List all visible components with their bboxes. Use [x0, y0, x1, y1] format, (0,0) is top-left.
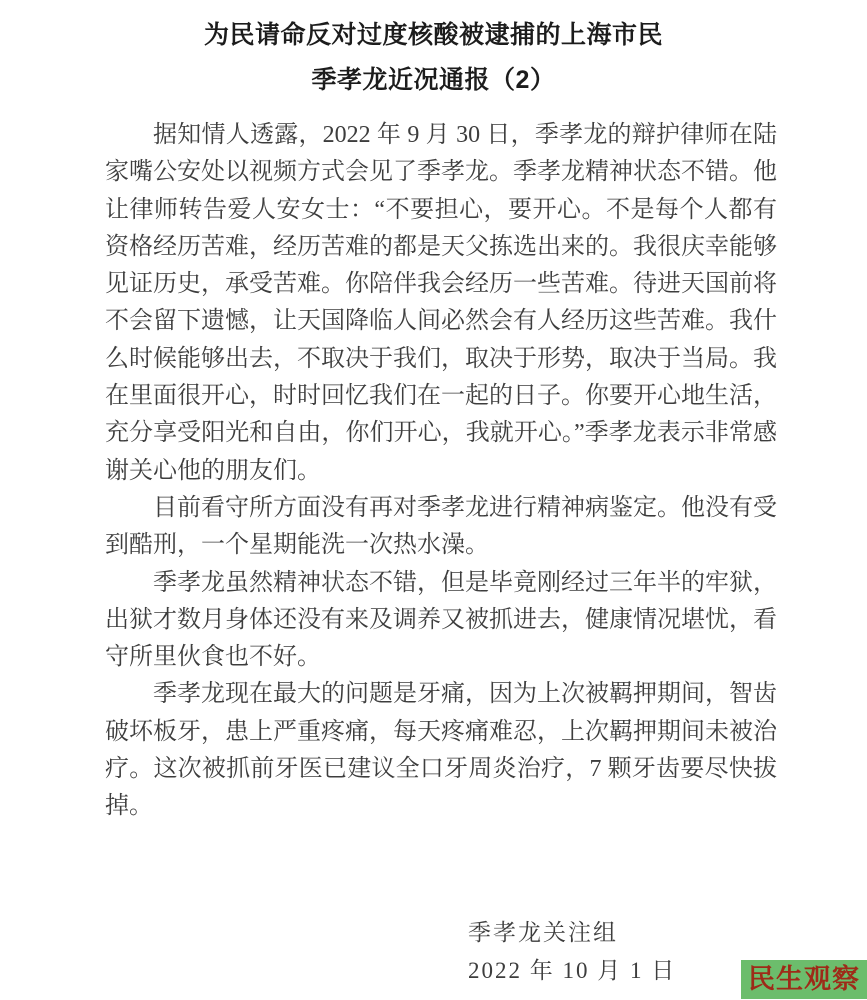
document-page: 为民请命反对过度核酸被逮捕的上海市民 季孝龙近况通报（2） 据知情人透露，202… [0, 0, 867, 1000]
title-line-1: 为民请命反对过度核酸被逮捕的上海市民 [0, 13, 867, 58]
title-line-2: 季孝龙近况通报（2） [0, 58, 867, 103]
paragraph-dental-problem: 季孝龙现在最大的问题是牙痛，因为上次被羁押期间，智齿破坏板牙，患上严重疼痛，每天… [105, 676, 777, 825]
title-line-2-text: 季孝龙近况通报（ [312, 67, 516, 94]
signature-date: 2022 年 10 月 1 日 [468, 952, 676, 990]
document-body: 据知情人透露，2022 年 9 月 30 日，季孝龙的辩护律师在陆家嘴公安处以视… [105, 117, 777, 826]
title-issue-number: 2 [516, 66, 530, 94]
paragraph-meeting-report: 据知情人透露，2022 年 9 月 30 日，季孝龙的辩护律师在陆家嘴公安处以视… [105, 117, 777, 490]
signature-block: 季孝龙关注组 2022 年 10 月 1 日 [468, 914, 676, 990]
watermark-badge: 民生观察 [741, 960, 867, 999]
paragraph-health-status: 季孝龙虽然精神状态不错，但是毕竟刚经过三年半的牢狱，出狱才数月身体还没有来及调养… [105, 565, 777, 677]
document-title: 为民请命反对过度核酸被逮捕的上海市民 季孝龙近况通报（2） [0, 0, 867, 103]
title-line-2-close: ） [530, 67, 556, 94]
signature-name: 季孝龙关注组 [468, 914, 676, 952]
paragraph-detention-conditions: 目前看守所方面没有再对季孝龙进行精神病鉴定。他没有受到酷刑，一个星期能洗一次热水… [105, 490, 777, 565]
